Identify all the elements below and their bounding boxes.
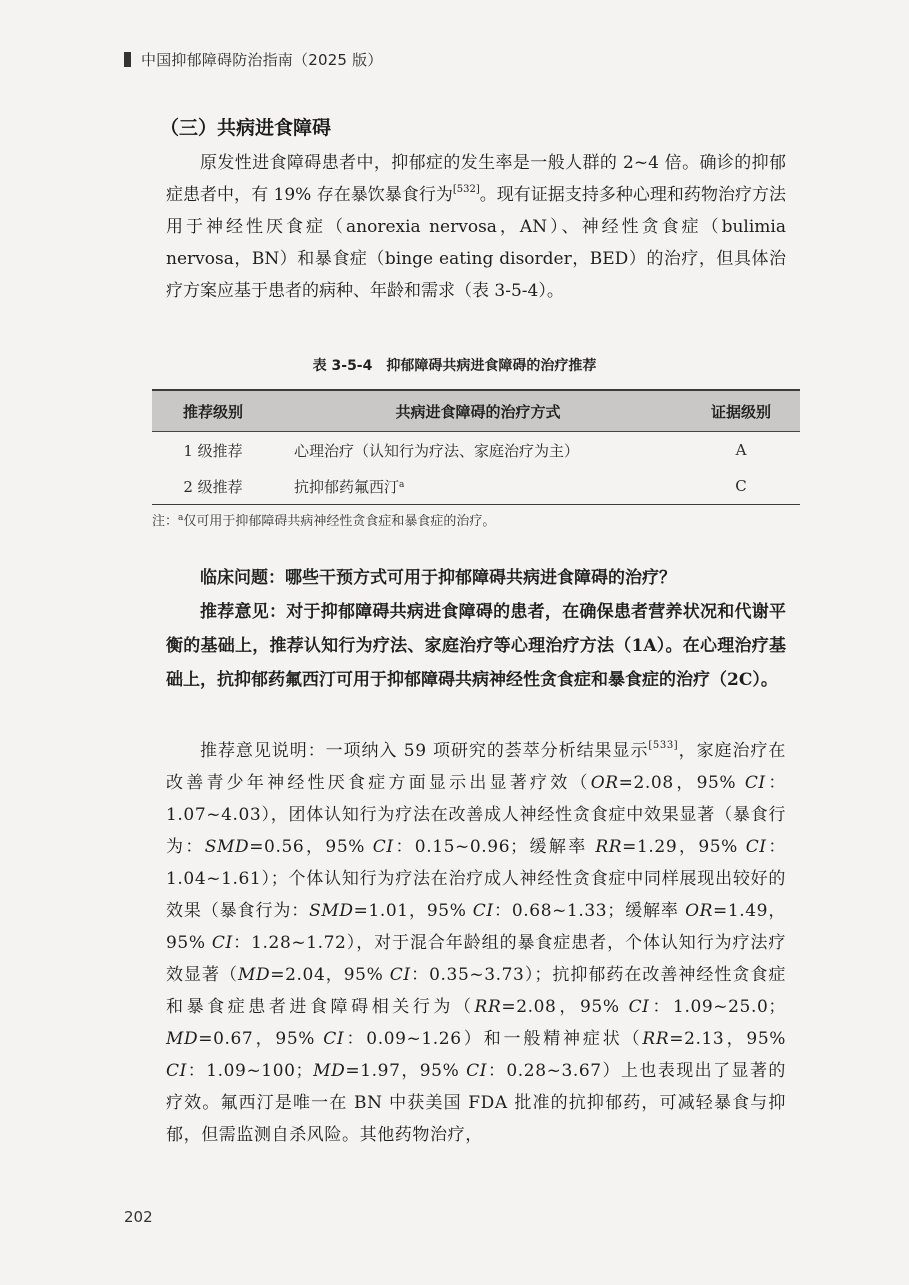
stat-label: CI — [466, 1061, 487, 1081]
cell-level: 1 级推荐 — [152, 432, 274, 469]
table-footnote: 注：a仅可用于抑郁障碍共病神经性贪食症和暴食症的治疗。 — [152, 510, 495, 529]
stat-label: CI — [473, 901, 494, 921]
cell-level: 2 级推荐 — [152, 468, 274, 505]
text: ：0.68~1.33；缓解率 — [494, 901, 685, 921]
text: =2.04，95% — [270, 965, 390, 985]
text: ：0.09~1.26）和一般精神症状（ — [344, 1029, 642, 1049]
stat-label: CI — [323, 1029, 344, 1049]
text: 推荐意见说明：一项纳入 59 项研究的荟萃分析结果显示 — [200, 741, 648, 761]
table-row: 1 级推荐 心理治疗（认知行为疗法、家庭治疗为主） A — [152, 432, 800, 469]
footnote-text: 仅可用于抑郁障碍共病神经性贪食症和暴食症的治疗。 — [183, 514, 495, 529]
footnote-mark: a — [399, 480, 404, 490]
cell-treatment: 心理治疗（认知行为疗法、家庭治疗为主） — [274, 432, 682, 469]
document-page: 中国抑郁障碍防治指南（2025 版） （三）共病进食障碍 原发性进食障碍患者中，… — [0, 0, 909, 1285]
stat-label: CI — [212, 933, 233, 953]
stat-label: CI — [746, 837, 767, 857]
cell-evidence: A — [682, 432, 800, 469]
section-heading: （三）共病进食障碍 — [160, 113, 331, 140]
stat-label: RR — [642, 1029, 669, 1049]
text: =2.13，95% — [669, 1029, 786, 1049]
running-header-title: 中国抑郁障碍防治指南（2025 版） — [141, 49, 383, 70]
citation-532[interactable]: [532] — [453, 184, 480, 195]
table-caption-title: 抑郁障碍共病进食障碍的治疗推荐 — [386, 358, 596, 374]
cell-treatment-text: 抗抑郁药氟西汀 — [294, 478, 399, 496]
stat-label: CI — [745, 773, 766, 793]
stat-label: OR — [591, 773, 619, 793]
citation-533[interactable]: [533] — [648, 740, 678, 751]
text: =0.56，95% — [249, 837, 373, 857]
recommendation-text: 推荐意见：对于抑郁障碍共病进食障碍的患者，在确保患者营养状况和代谢平衡的基础上，… — [166, 595, 786, 697]
header-evidence-level: 证据级别 — [682, 390, 800, 432]
stat-label: CI — [166, 1061, 187, 1081]
stat-label: OR — [685, 901, 713, 921]
text: =0.67，95% — [198, 1029, 323, 1049]
stat-label: SMD — [309, 901, 353, 921]
table-row: 2 级推荐 抗抑郁药氟西汀a C — [152, 468, 800, 505]
recommendation-explanation: 推荐意见说明：一项纳入 59 项研究的荟萃分析结果显示[533]，家庭治疗在改善… — [166, 735, 786, 1151]
running-header: 中国抑郁障碍防治指南（2025 版） — [124, 49, 383, 70]
footnote-prefix: 注： — [152, 514, 178, 529]
text: ：1.09~25.0； — [650, 997, 787, 1017]
stat-label: MD — [238, 965, 270, 985]
stat-label: RR — [595, 837, 622, 857]
cell-evidence: C — [682, 468, 800, 505]
cell-treatment-text: 心理治疗（认知行为疗法、家庭治疗为主） — [294, 442, 579, 460]
table-header-row: 推荐级别 共病进食障碍的治疗方式 证据级别 — [152, 390, 800, 432]
stat-label: CI — [373, 837, 394, 857]
intro-paragraph: 原发性进食障碍患者中，抑郁症的发生率是一般人群的 2~4 倍。确诊的抑郁症患者中… — [166, 147, 786, 307]
stat-label: MD — [166, 1029, 198, 1049]
text: =1.29，95% — [622, 837, 746, 857]
cell-treatment: 抗抑郁药氟西汀a — [274, 468, 682, 505]
table-caption-number: 表 3-5-4 — [313, 358, 373, 374]
stat-label: MD — [313, 1061, 345, 1081]
header-marker-bar — [124, 52, 131, 67]
text: =2.08，95% — [501, 997, 628, 1017]
recommendation-table: 推荐级别 共病进食障碍的治疗方式 证据级别 1 级推荐 心理治疗（认知行为疗法、… — [152, 389, 800, 505]
stat-label: CI — [390, 965, 411, 985]
text: =1.01，95% — [354, 901, 473, 921]
header-treatment: 共病进食障碍的治疗方式 — [274, 390, 682, 432]
page-number: 202 — [124, 1208, 153, 1226]
text: ：0.15~0.96；缓解率 — [394, 837, 596, 857]
stat-label: SMD — [205, 837, 249, 857]
text: =2.08，95% — [619, 773, 745, 793]
text: =1.97，95% — [345, 1061, 466, 1081]
stat-label: CI — [629, 997, 650, 1017]
clinical-question: 临床问题：哪些干预方式可用于抑郁障碍共病进食障碍的治疗？ — [166, 561, 786, 595]
header-recommend-level: 推荐级别 — [152, 390, 274, 432]
table-caption: 表 3-5-4抑郁障碍共病进食障碍的治疗推荐 — [0, 355, 909, 375]
text: ：1.09~100； — [187, 1061, 313, 1081]
stat-label: RR — [475, 997, 502, 1017]
